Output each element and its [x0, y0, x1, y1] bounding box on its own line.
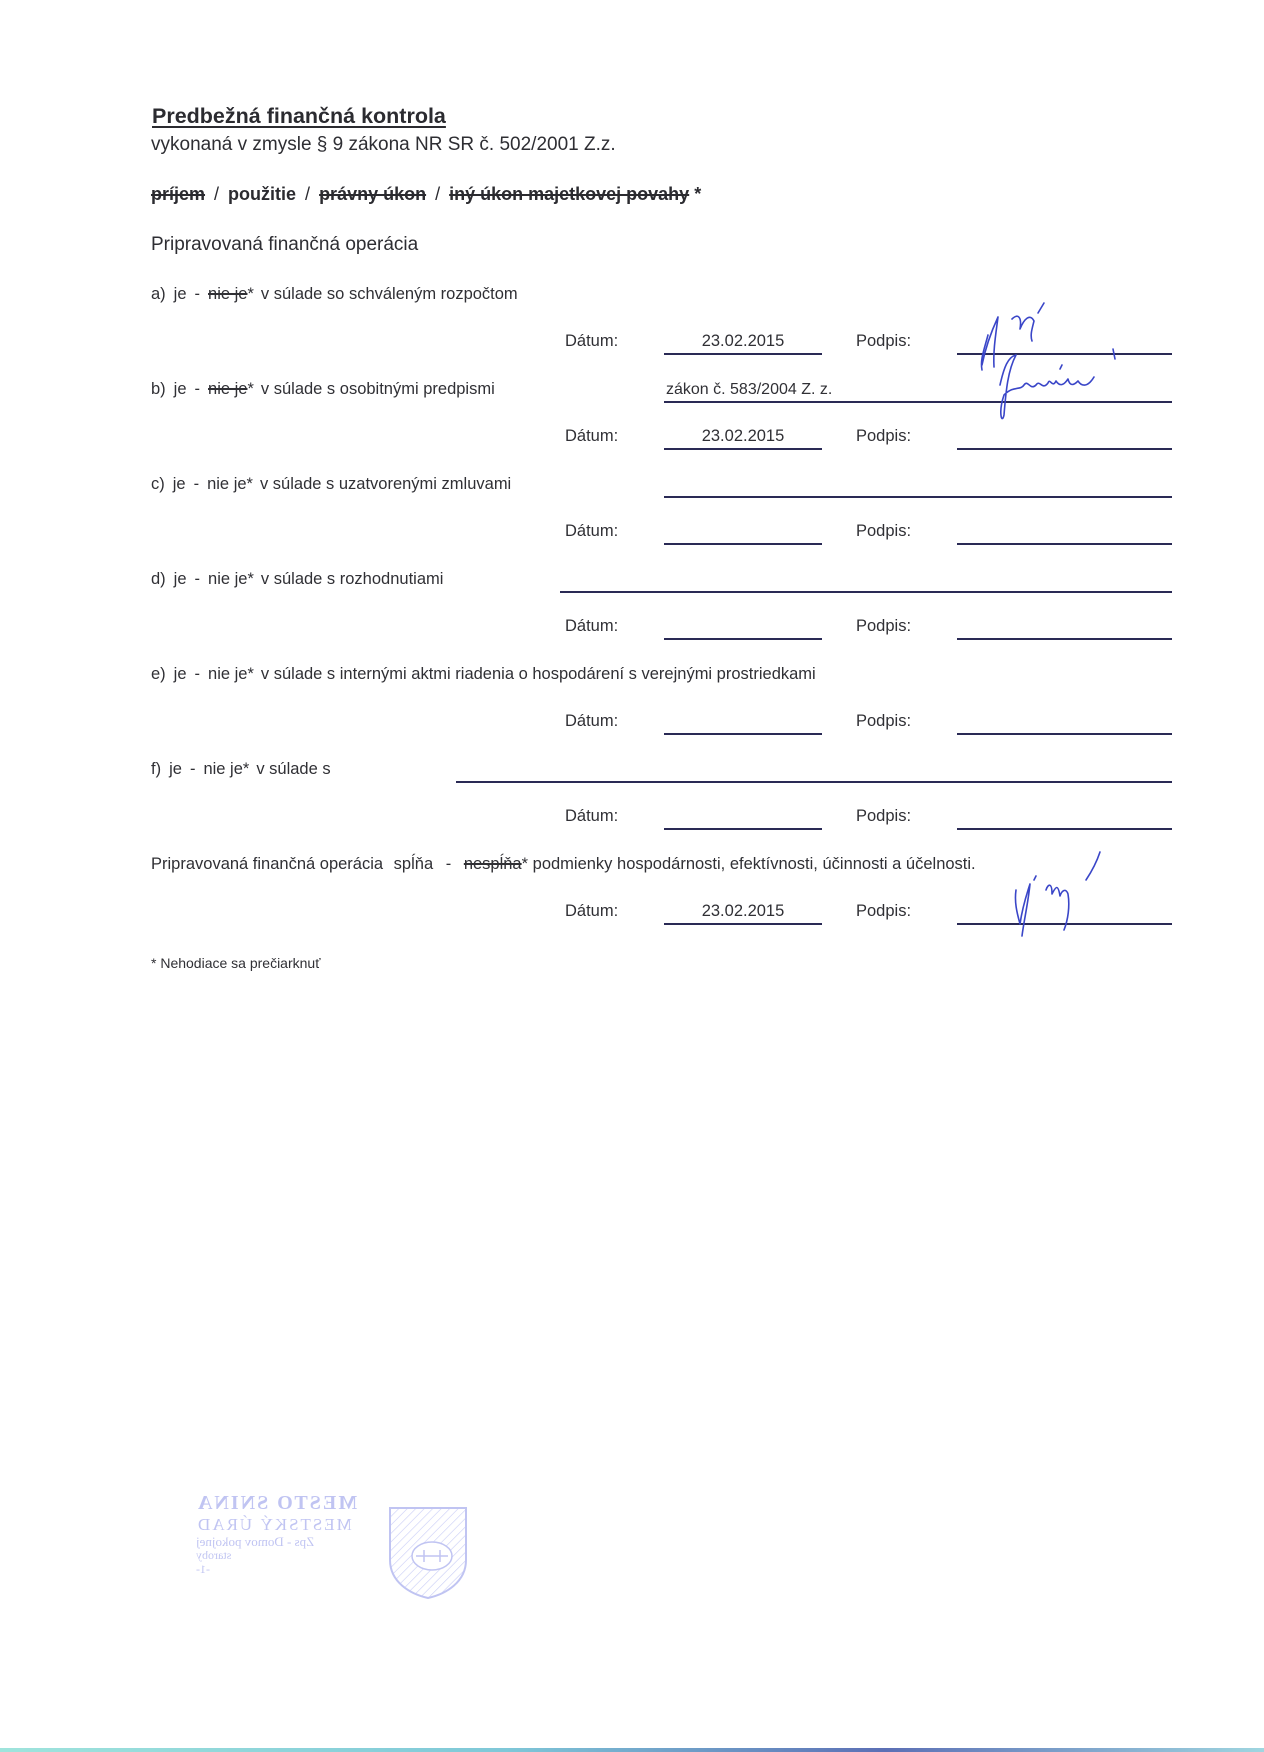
document-subtitle: vykonaná v zmysle § 9 zákona NR SR č. 50…	[151, 134, 616, 156]
separator: /	[305, 184, 310, 204]
checklist-item-f: f)je-nie je*v súlade s	[151, 760, 331, 779]
signature-line[interactable]	[957, 543, 1172, 545]
option-nie-je[interactable]: nie je	[203, 760, 242, 778]
item-field-value[interactable]: zákon č. 583/2004 Z. z.	[666, 381, 832, 399]
dash: -	[195, 570, 201, 588]
podpis-label: Podpis:	[856, 807, 911, 826]
datum-label: Dátum:	[565, 427, 618, 446]
datum-label: Dátum:	[565, 902, 618, 921]
signature-line[interactable]	[957, 448, 1172, 450]
item-letter: e)	[151, 665, 166, 683]
datum-label: Dátum:	[565, 807, 618, 826]
date-value[interactable]: 23.02.2015	[664, 427, 822, 446]
item-letter: d)	[151, 570, 166, 588]
date-value[interactable]: 23.02.2015	[664, 332, 822, 351]
dash: -	[195, 380, 201, 398]
option-nie-je[interactable]: nie je	[208, 665, 247, 683]
option-nie-je[interactable]: nie je	[208, 285, 247, 303]
option-je[interactable]: je	[169, 760, 182, 778]
separator: /	[214, 184, 219, 204]
item-letter: f)	[151, 760, 161, 778]
date-line	[664, 828, 822, 830]
separator: /	[435, 184, 440, 204]
dash: -	[190, 760, 196, 778]
checklist-item-c: c)je-nie je*v súlade s uzatvorenými zmlu…	[151, 475, 511, 494]
signature-line[interactable]	[957, 733, 1172, 735]
asterisk: *	[243, 760, 249, 778]
stamp-text: MESTO SNINA MESTSKÝ ÚRAD Zps - Domov pok…	[196, 1492, 371, 1577]
dash: -	[195, 285, 201, 303]
intro-text: Pripravovaná finančná operácia	[151, 234, 418, 256]
dash: -	[194, 475, 200, 493]
item-field-line[interactable]	[560, 591, 1172, 593]
operation-type-pravny-ukon: právny úkon	[319, 184, 426, 204]
coat-of-arms-icon	[386, 1504, 470, 1600]
item-text: v súlade s uzatvorenými zmluvami	[260, 475, 511, 493]
asterisk: *	[247, 285, 253, 303]
operation-type-iny-ukon: iný úkon majetkovej povahy	[449, 184, 689, 204]
final-splna: spĺňa	[394, 855, 433, 873]
checklist-item-a: a)je-nie je*v súlade so schváleným rozpo…	[151, 285, 518, 304]
signature-line[interactable]	[957, 828, 1172, 830]
dash: -	[195, 665, 201, 683]
item-text: v súlade s	[256, 760, 330, 778]
datum-label: Dátum:	[565, 712, 618, 731]
item-text: v súlade s osobitnými predpismi	[261, 380, 495, 398]
datum-label: Dátum:	[565, 332, 618, 351]
signature-a-b-icon	[960, 295, 1160, 445]
date-value-final[interactable]: 23.02.2015	[664, 902, 822, 921]
asterisk: *	[247, 475, 253, 493]
asterisk: *	[247, 665, 253, 683]
option-nie-je[interactable]: nie je	[208, 380, 247, 398]
item-field-line[interactable]	[664, 496, 1172, 498]
date-line	[664, 733, 822, 735]
item-field-line[interactable]	[456, 781, 1172, 783]
signature-line[interactable]	[957, 638, 1172, 640]
date-line	[664, 638, 822, 640]
item-text: v súlade s internými aktmi riadenia o ho…	[261, 665, 816, 683]
signature-final-icon	[1000, 850, 1120, 945]
operation-type-prijem: príjem	[151, 184, 205, 204]
asterisk: *	[247, 570, 253, 588]
operation-type-pouzitie: použitie	[228, 184, 296, 204]
date-line	[664, 448, 822, 450]
final-nesplna: nespĺňa	[464, 855, 522, 873]
option-nie-je[interactable]: nie je	[208, 570, 247, 588]
date-line	[664, 353, 822, 355]
final-statement: Pripravovaná finančná operácia spĺňa - n…	[151, 855, 976, 874]
option-je[interactable]: je	[174, 570, 187, 588]
option-je[interactable]: je	[173, 475, 186, 493]
operation-type-line: príjem/použitie/právny úkon/iný úkon maj…	[151, 184, 701, 205]
item-letter: a)	[151, 285, 166, 303]
podpis-label: Podpis:	[856, 902, 911, 921]
datum-label: Dátum:	[565, 522, 618, 541]
scan-edge	[0, 1748, 1264, 1752]
checklist-item-d: d)je-nie je*v súlade s rozhodnutiami	[151, 570, 443, 589]
final-dash: -	[446, 855, 452, 873]
asterisk: *	[247, 380, 253, 398]
asterisk: *	[694, 184, 701, 204]
item-letter: c)	[151, 475, 165, 493]
option-nie-je[interactable]: nie je	[207, 475, 246, 493]
item-text: v súlade s rozhodnutiami	[261, 570, 444, 588]
option-je[interactable]: je	[174, 285, 187, 303]
datum-label: Dátum:	[565, 617, 618, 636]
podpis-label: Podpis:	[856, 617, 911, 636]
option-je[interactable]: je	[174, 380, 187, 398]
podpis-label: Podpis:	[856, 712, 911, 731]
item-letter: b)	[151, 380, 166, 398]
official-stamp: MESTO SNINA MESTSKÝ ÚRAD Zps - Domov pok…	[196, 1492, 486, 1612]
podpis-label: Podpis:	[856, 332, 911, 351]
checklist-item-e: e)je-nie je*v súlade s internými aktmi r…	[151, 665, 816, 684]
item-text: v súlade so schváleným rozpočtom	[261, 285, 518, 303]
document-title: Predbežná finančná kontrola	[152, 104, 446, 129]
option-je[interactable]: je	[174, 665, 187, 683]
final-suffix: podmienky hospodárnosti, efektívnosti, ú…	[533, 855, 976, 873]
final-prefix: Pripravovaná finančná operácia	[151, 855, 383, 873]
footnote: * Nehodiace sa prečiarknuť	[151, 955, 320, 971]
podpis-label: Podpis:	[856, 427, 911, 446]
asterisk: *	[522, 855, 528, 873]
date-line	[664, 543, 822, 545]
date-line-final	[664, 923, 822, 925]
checklist-item-b: b)je-nie je*v súlade s osobitnými predpi…	[151, 380, 495, 399]
podpis-label: Podpis:	[856, 522, 911, 541]
